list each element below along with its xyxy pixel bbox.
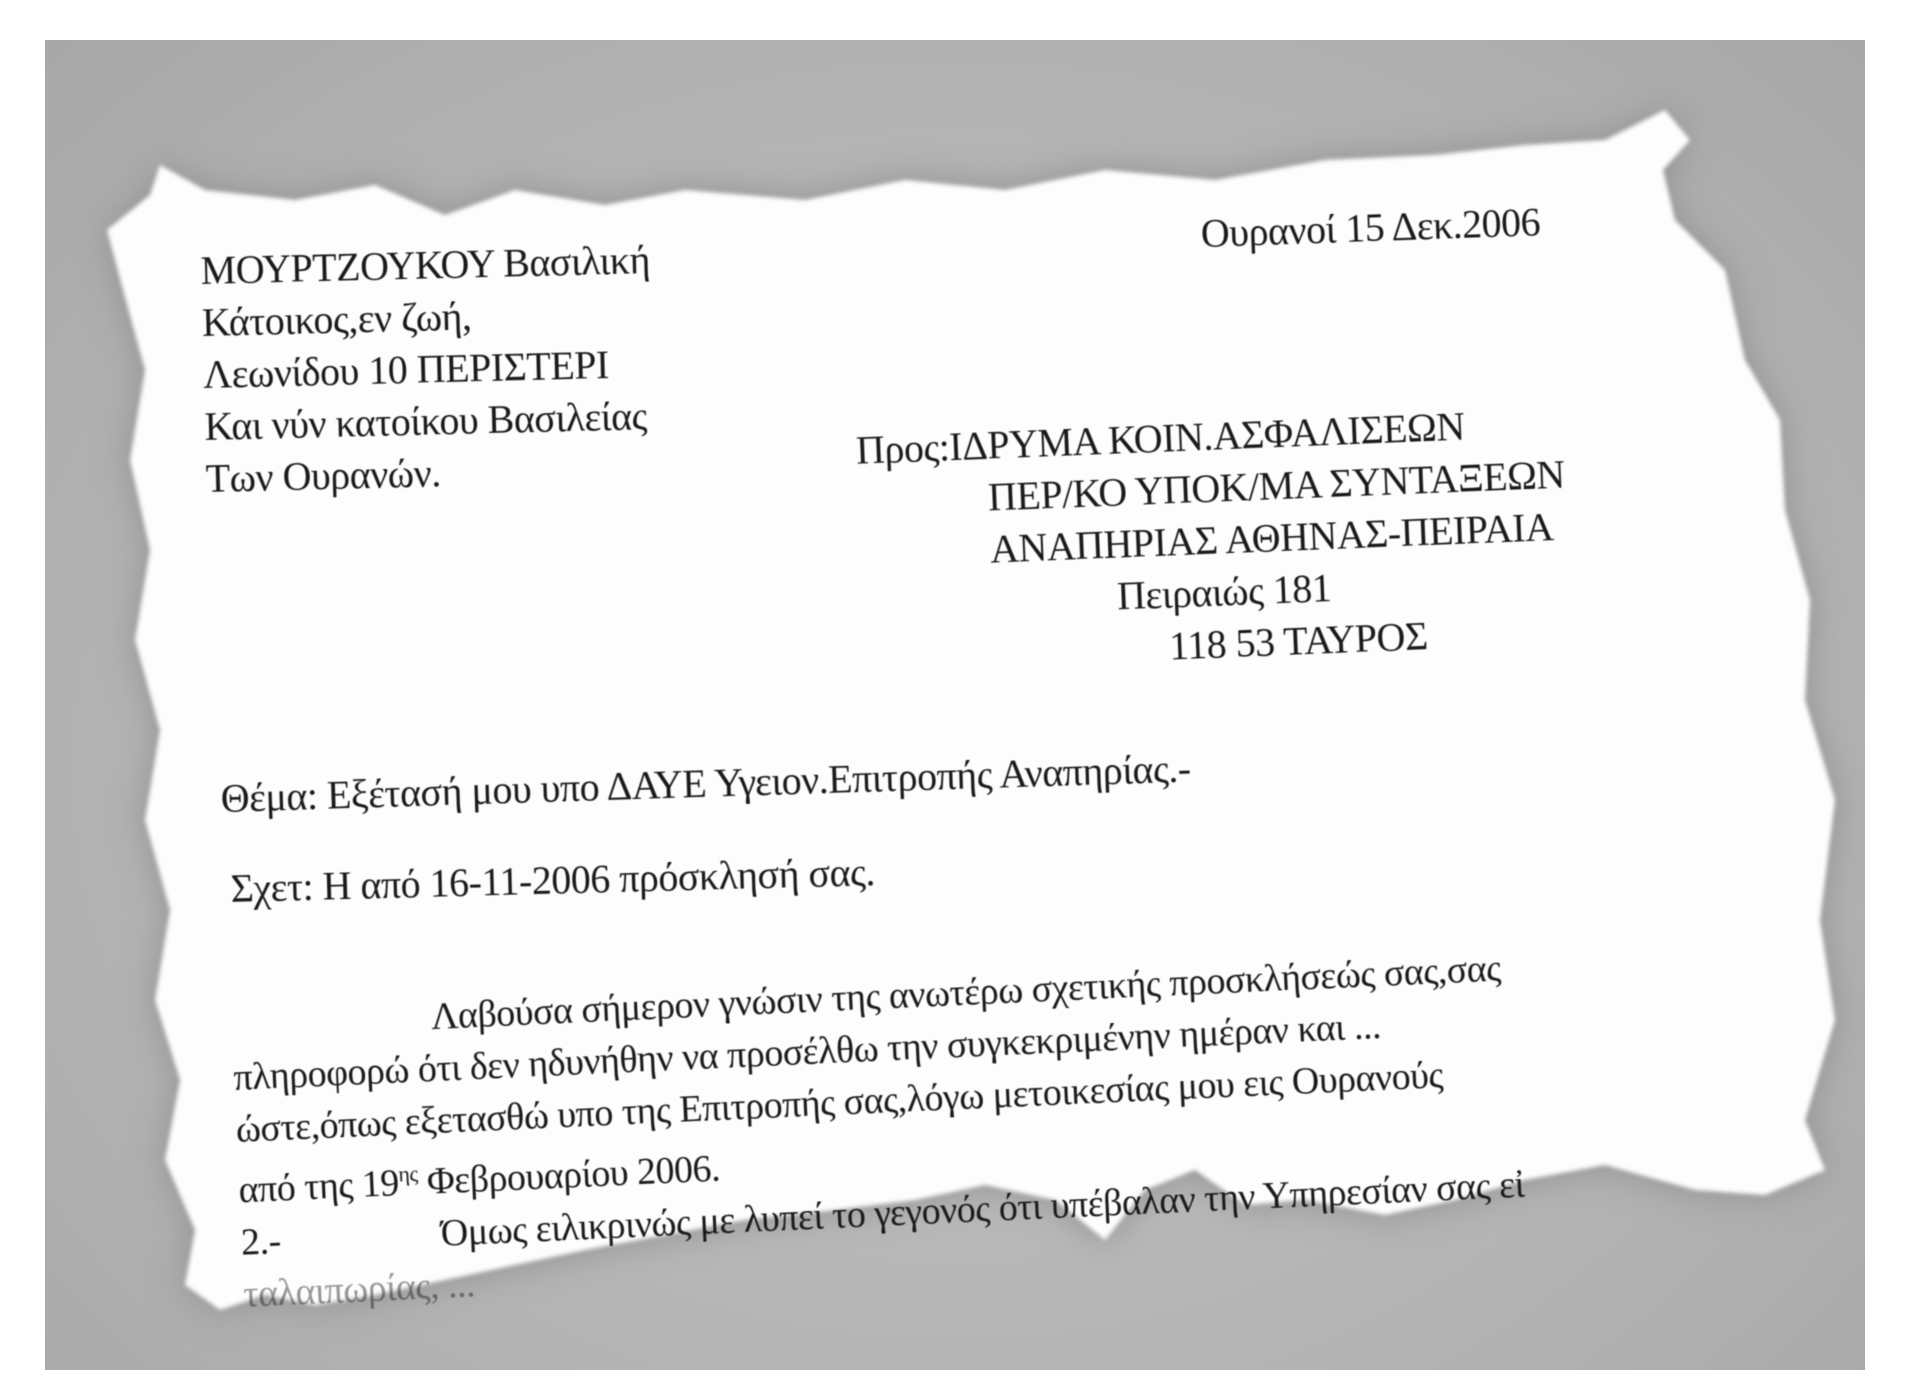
sender-line: Των Ουρανών.: [205, 442, 656, 505]
paragraph-number: 2.-: [240, 1207, 442, 1268]
ordinal-suffix: ης: [398, 1161, 418, 1187]
body-text-fragment: από της 19: [238, 1162, 400, 1211]
letter-content: ΜΟΥΡΤΖΟΥΚΟΥ Βασιλική Κάτοικος,εν ζωή, Λε…: [45, 40, 1865, 1370]
document-frame: ΜΟΥΡΤΖΟΥΚΟΥ Βασιλική Κάτοικος,εν ζωή, Λε…: [45, 40, 1865, 1370]
recipient-address: Προς:ΙΔΡΥΜΑ ΚΟΙΝ.ΑΣΦΑΛΙΣΕΩΝ ΠΕΡ/ΚΟ ΥΠΟΚ/…: [855, 397, 1572, 685]
subject-line: Θέμα: Εξέτασή μου υπο ΔΑΥΕ Υγειον.Επιτρο…: [220, 745, 1191, 822]
sender-address: ΜΟΥΡΤΖΟΥΚΟΥ Βασιλική Κάτοικος,εν ζωή, Λε…: [200, 234, 656, 505]
letter-body: Λαβούσα σήμερον γνώσιν της ανωτέρω σχετι…: [230, 942, 1528, 1321]
letter-date: Ουρανοί 15 Δεκ.2006: [1200, 198, 1541, 257]
reference-line: Σχετ: Η από 16-11-2006 πρόσκλησή σας.: [230, 848, 875, 912]
body-text-fragment: Φεβρουαρίου 2006.: [417, 1148, 721, 1204]
